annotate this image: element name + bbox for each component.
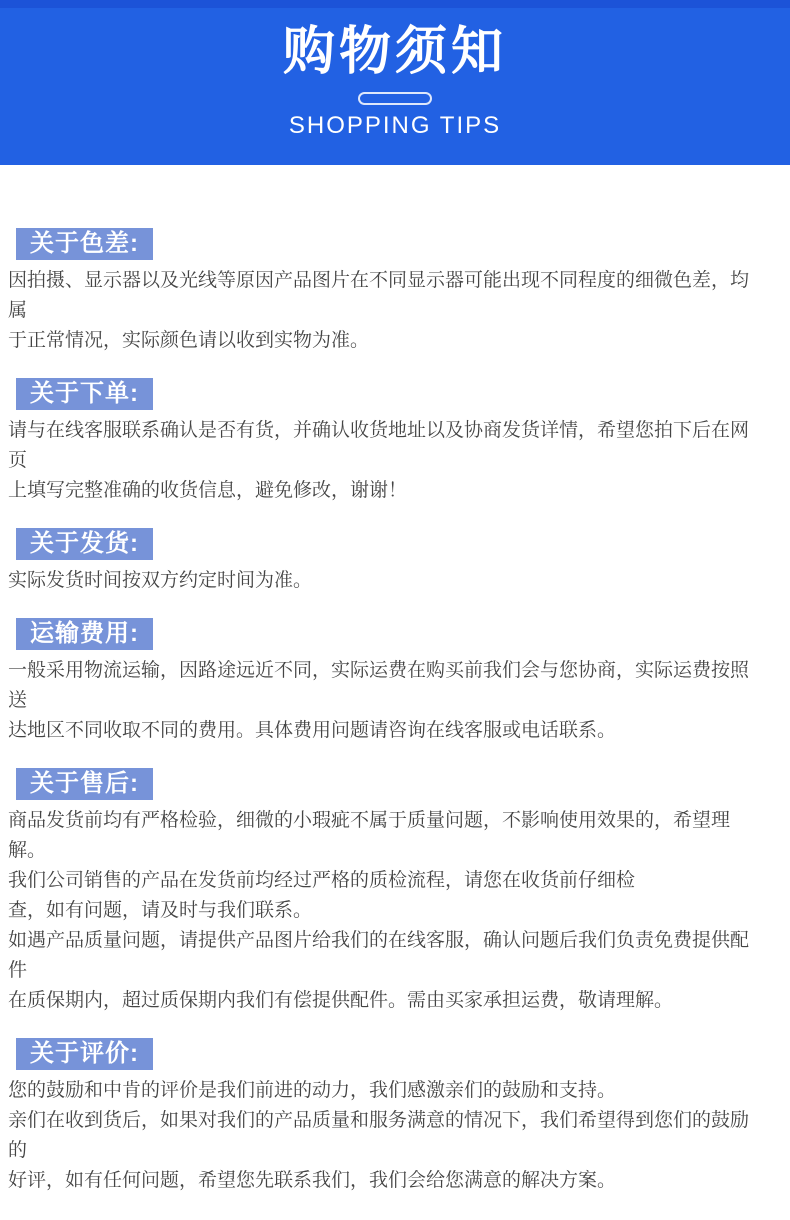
section-badge: 运输费用: — [16, 618, 153, 650]
section-body: 商品发货前均有严格检验，细微的小瑕疵不属于质量问题，不影响使用效果的，希望理解。… — [8, 806, 750, 1016]
section-badge: 关于评价: — [16, 1038, 153, 1070]
section-body: 因拍摄、显示器以及光线等原因产品图片在不同显示器可能出现不同程度的细微色差，均属… — [8, 266, 750, 356]
section-badge: 关于色差: — [16, 228, 153, 260]
section-body: 您的鼓励和中肯的评价是我们前进的动力，我们感激亲们的鼓励和支持。 亲们在收到货后… — [8, 1076, 750, 1196]
section-reviews: 关于评价: 您的鼓励和中肯的评价是我们前进的动力，我们感激亲们的鼓励和支持。 亲… — [8, 1038, 750, 1196]
section-color-difference: 关于色差: 因拍摄、显示器以及光线等原因产品图片在不同显示器可能出现不同程度的细… — [8, 228, 750, 356]
section-body: 一般采用物流运输，因路途远近不同，实际运费在购买前我们会与您协商，实际运费按照送… — [8, 656, 750, 746]
section-badge: 关于下单: — [16, 378, 153, 410]
section-badge: 关于售后: — [16, 768, 153, 800]
section-after-sales: 关于售后: 商品发货前均有严格检验，细微的小瑕疵不属于质量问题，不影响使用效果的… — [8, 768, 750, 1016]
page-subtitle: SHOPPING TIPS — [0, 112, 790, 140]
section-body: 实际发货时间按双方约定时间为准。 — [8, 566, 750, 596]
tips-content: 关于色差: 因拍摄、显示器以及光线等原因产品图片在不同显示器可能出现不同程度的细… — [0, 165, 790, 1220]
section-body: 请与在线客服联系确认是否有货，并确认收货地址以及协商发货详情，希望您拍下后在网页… — [8, 416, 750, 506]
page-title: 购物须知 — [0, 8, 790, 82]
section-shipping: 关于发货: 实际发货时间按双方约定时间为准。 — [8, 528, 750, 596]
banner: 购物须知 SHOPPING TIPS — [0, 0, 790, 165]
section-badge: 关于发货: — [16, 528, 153, 560]
section-ordering: 关于下单: 请与在线客服联系确认是否有货，并确认收货地址以及协商发货详情，希望您… — [8, 378, 750, 506]
section-freight-cost: 运输费用: 一般采用物流运输，因路途远近不同，实际运费在购买前我们会与您协商，实… — [8, 618, 750, 746]
capsule-divider-icon — [358, 92, 432, 105]
